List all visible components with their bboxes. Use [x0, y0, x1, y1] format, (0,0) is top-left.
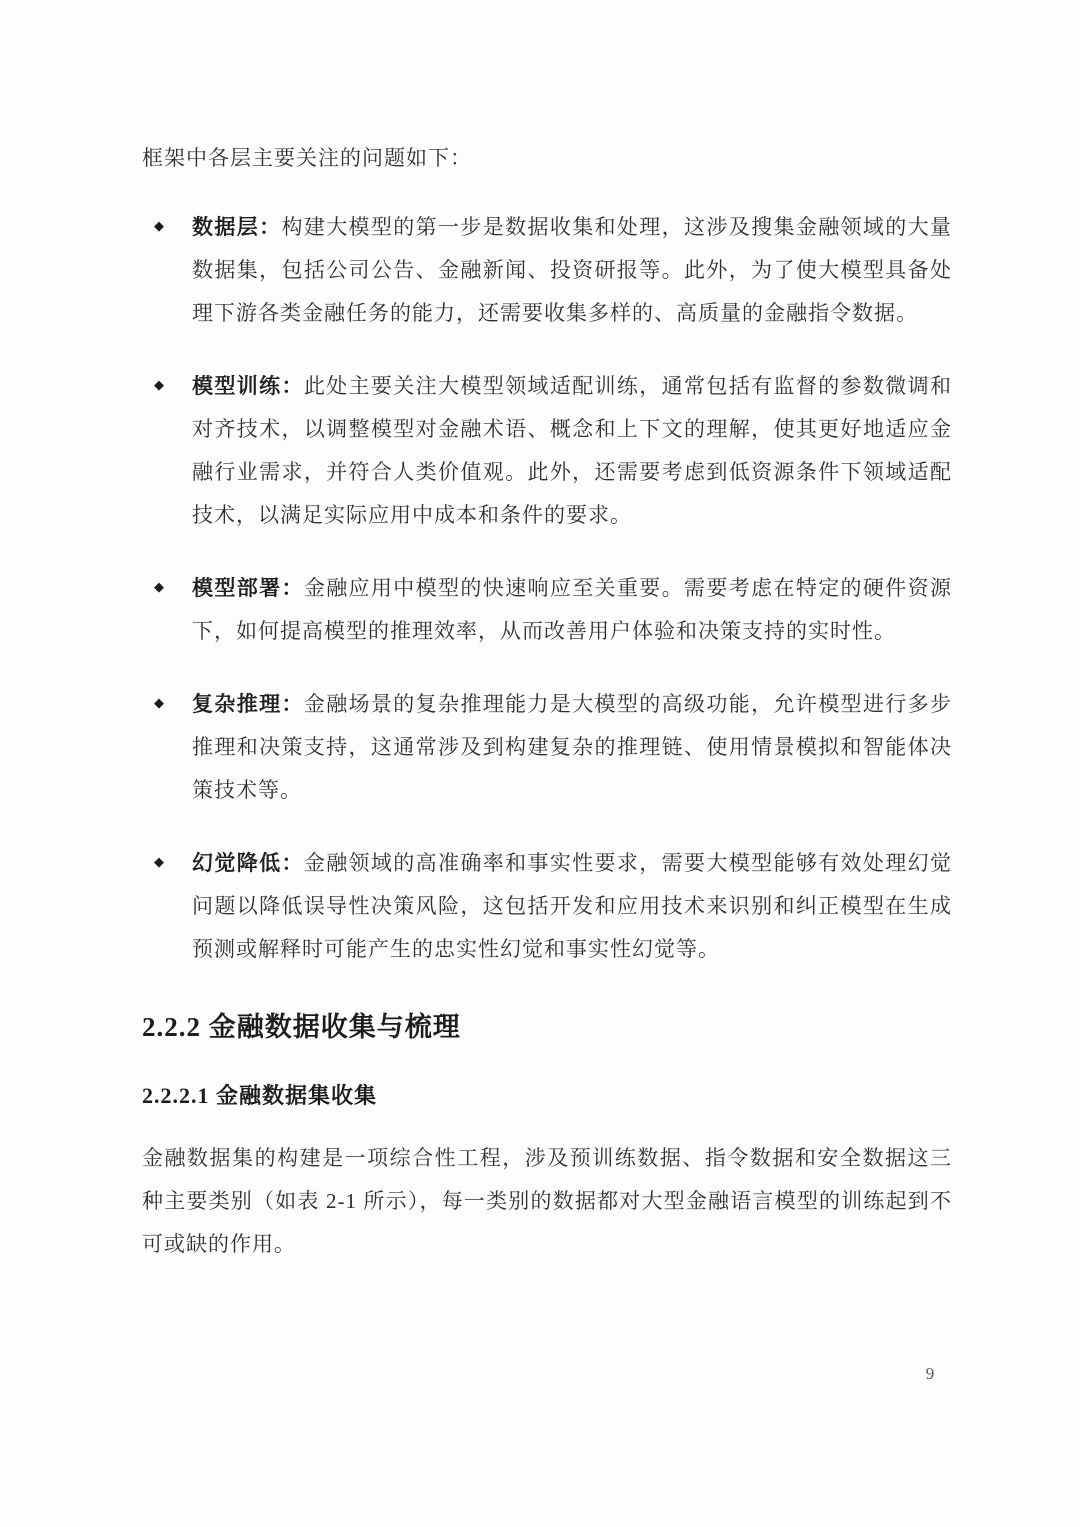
- page-number: 9: [900, 1364, 960, 1384]
- bullet-list: ◆数据层：构建大模型的第一步是数据收集和处理，这涉及搜集金融领域的大量数据集，包…: [142, 206, 952, 971]
- bullet-item-model-deployment: ◆模型部署：金融应用中模型的快速响应至关重要。需要考虑在特定的硬件资源下，如何提…: [142, 567, 952, 653]
- diamond-bullet-icon: ◆: [154, 580, 164, 593]
- bullet-term: 数据层：: [192, 215, 281, 239]
- bullet-text: 构建大模型的第一步是数据收集和处理，这涉及搜集金融领域的大量数据集，包括公司公告…: [192, 215, 952, 325]
- bullet-term: 幻觉降低：: [192, 851, 304, 875]
- document-page: 框架中各层主要关注的问题如下： ◆数据层：构建大模型的第一步是数据收集和处理，这…: [0, 0, 1080, 1527]
- bullet-item-data-layer: ◆数据层：构建大模型的第一步是数据收集和处理，这涉及搜集金融领域的大量数据集，包…: [142, 206, 952, 335]
- bullet-text: 金融场景的复杂推理能力是大模型的高级功能，允许模型进行多步推理和决策支持，这通常…: [192, 692, 952, 802]
- bullet-term: 模型部署：: [192, 576, 304, 600]
- bullet-text: 金融应用中模型的快速响应至关重要。需要考虑在特定的硬件资源下，如何提高模型的推理…: [192, 576, 952, 643]
- diamond-bullet-icon: ◆: [154, 219, 164, 232]
- bullet-text: 金融领域的高准确率和事实性要求，需要大模型能够有效处理幻觉问题以降低误导性决策风…: [192, 851, 952, 961]
- bullet-item-complex-reasoning: ◆复杂推理：金融场景的复杂推理能力是大模型的高级功能，允许模型进行多步推理和决策…: [142, 683, 952, 812]
- diamond-bullet-icon: ◆: [154, 378, 164, 391]
- bullet-term: 模型训练：: [192, 374, 304, 398]
- intro-paragraph: 框架中各层主要关注的问题如下：: [142, 137, 952, 180]
- body-paragraph: 金融数据集的构建是一项综合性工程，涉及预训练数据、指令数据和安全数据这三种主要类…: [142, 1137, 952, 1266]
- page-content: 框架中各层主要关注的问题如下： ◆数据层：构建大模型的第一步是数据收集和处理，这…: [142, 137, 952, 1266]
- subsection-heading: 2.2.2.1 金融数据集收集: [142, 1081, 952, 1111]
- bullet-item-hallucination-reduction: ◆幻觉降低：金融领域的高准确率和事实性要求，需要大模型能够有效处理幻觉问题以降低…: [142, 842, 952, 971]
- bullet-term: 复杂推理：: [192, 692, 304, 716]
- diamond-bullet-icon: ◆: [154, 855, 164, 868]
- section-heading: 2.2.2 金融数据收集与梳理: [142, 1007, 952, 1047]
- diamond-bullet-icon: ◆: [154, 696, 164, 709]
- bullet-text: 此处主要关注大模型领域适配训练，通常包括有监督的参数微调和对齐技术，以调整模型对…: [192, 374, 952, 527]
- bullet-item-model-training: ◆模型训练：此处主要关注大模型领域适配训练，通常包括有监督的参数微调和对齐技术，…: [142, 365, 952, 537]
